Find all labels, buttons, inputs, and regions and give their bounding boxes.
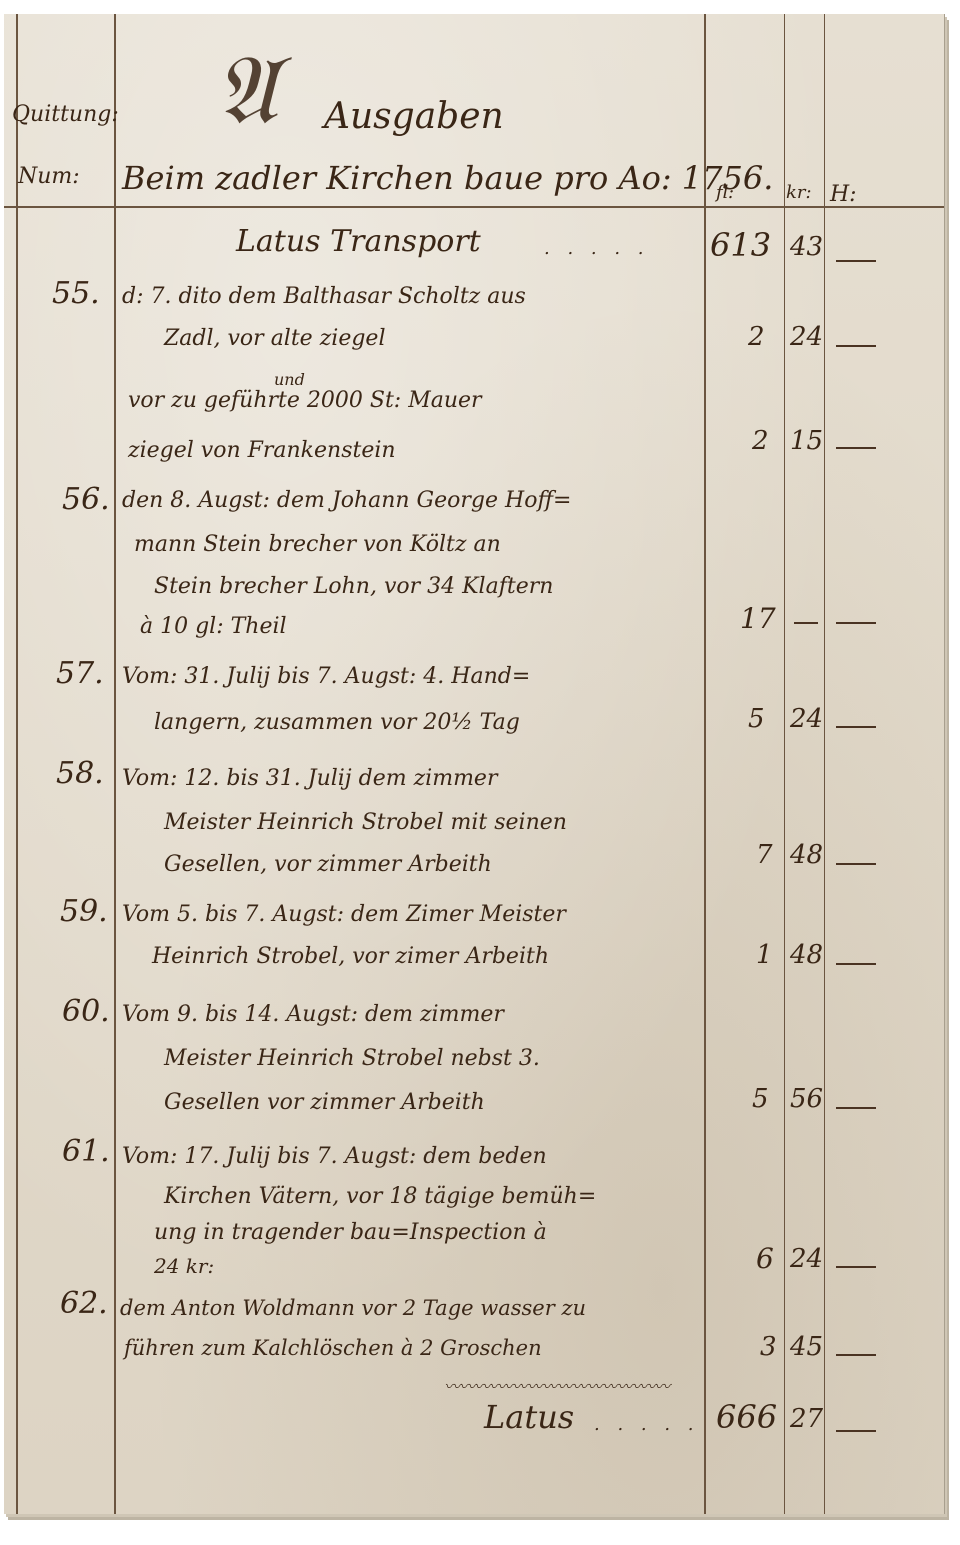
entry-heller-dash [836, 863, 876, 865]
receipt-label: Quittung: [12, 102, 119, 127]
entry-number: 55. [52, 276, 100, 311]
header-rule [4, 206, 944, 208]
total-florin: 666 [716, 1398, 777, 1436]
total-flourish: 〰〰〰〰〰〰〰〰〰〰〰〰〰〰〰 [444, 1374, 669, 1397]
entry-heller-dash [836, 1266, 876, 1268]
entry-text: Vom: 31. Julij bis 7. Augst: 4. Hand= [122, 664, 530, 689]
entry-text: Stein brecher Lohn, vor 34 Klaftern [154, 574, 553, 599]
entry-number: 57. [56, 656, 104, 691]
entry-text: Gesellen vor zimmer Arbeith [164, 1090, 485, 1115]
entry-text: langern, zusammen vor 20½ Tag [154, 710, 520, 735]
entry-kreuzer: 48 [790, 840, 823, 870]
entry-text: den 8. Augst: dem Johann George Hoff= [122, 488, 571, 513]
total-kreuzer: 27 [790, 1404, 823, 1434]
entry-text: Gesellen, vor zimmer Arbeith [164, 852, 492, 877]
entry-text: vor zu geführte 2000 St: Mauer [128, 388, 482, 413]
entry-text: Heinrich Strobel, vor zimer Arbeith [152, 944, 549, 969]
entry-heller-dash [836, 1354, 876, 1356]
col-header-heller: H: [830, 182, 857, 207]
entry-heller-dash [836, 622, 876, 624]
entry-kreuzer: 15 [790, 426, 823, 456]
entry-kreuzer: 24 [790, 1244, 823, 1274]
leader-dots: . . . . . [594, 1414, 700, 1435]
entry-kreuzer: 45 [790, 1332, 823, 1362]
entry-text: 24 kr: [154, 1254, 214, 1278]
entry-florin: 5 [748, 704, 765, 734]
heller-column-rule [824, 14, 825, 1514]
entry-florin: 17 [740, 602, 776, 635]
entry-text: Meister Heinrich Strobel mit seinen [164, 810, 567, 835]
carry-forward-label: Latus Transport [236, 224, 481, 259]
total-label: Latus [484, 1398, 574, 1436]
ledger-page: Quittung: Num: 𝔄 Ausgaben Beim zadler Ki… [4, 14, 945, 1514]
entry-text: Vom 5. bis 7. Augst: dem Zimer Meister [122, 902, 566, 927]
entry-heller-dash [836, 447, 876, 449]
entry-text: Zadl, vor alte ziegel [164, 326, 385, 351]
entry-number: 62. [60, 1286, 108, 1321]
entry-number: 60. [62, 994, 110, 1029]
entry-florin: 2 [752, 426, 769, 456]
entry-text: Vom 9. bis 14. Augst: dem zimmer [122, 1002, 504, 1027]
entry-text: d: 7. dito dem Balthasar Scholtz aus [122, 284, 526, 309]
entry-florin: 5 [752, 1084, 769, 1114]
entry-text: Vom: 17. Julij bis 7. Augst: dem beden [122, 1144, 547, 1169]
entry-kreuzer: 24 [790, 322, 823, 352]
decorative-initial: 𝔄 [214, 34, 278, 148]
entry-florin: 6 [756, 1242, 774, 1275]
entry-number: 56. [62, 482, 110, 517]
entry-florin: 1 [756, 940, 773, 970]
page-title: Ausgaben [324, 96, 504, 137]
entry-florin: 3 [760, 1332, 777, 1362]
carry-forward-kreuzer: 43 [790, 232, 823, 262]
entry-florin: 2 [748, 322, 765, 352]
entry-text: mann Stein brecher von Költz an [134, 532, 501, 557]
leader-dots: . . . . . [544, 238, 650, 259]
entry-text: dem Anton Woldmann vor 2 Tage wasser zu [120, 1296, 586, 1320]
margin-rule-left [16, 14, 18, 1514]
entry-text: Kirchen Vätern, vor 18 tägige bemüh= [164, 1184, 596, 1209]
col-header-florin: fl: [716, 182, 734, 203]
entry-kreuzer: 56 [790, 1084, 823, 1114]
entry-text: ung in tragender bau=Inspection à [154, 1220, 547, 1245]
entry-heller-dash [836, 963, 876, 965]
carry-forward-heller-dash [836, 260, 876, 262]
entry-text: führen zum Kalchlöschen à 2 Groschen [124, 1336, 542, 1360]
entry-number: 59. [60, 894, 108, 929]
entry-kreuzer: 48 [790, 940, 823, 970]
carry-forward-florin: 613 [710, 226, 771, 264]
entry-heller-dash [836, 726, 876, 728]
entry-text: und [274, 370, 305, 389]
page-subtitle: Beim zadler Kirchen baue pro Ao: 1756. [122, 159, 773, 197]
entry-text: Meister Heinrich Strobel nebst 3. [164, 1046, 540, 1071]
entry-florin: 7 [756, 840, 773, 870]
entry-text: ziegel von Frankenstein [128, 438, 396, 463]
total-heller-dash [836, 1430, 876, 1432]
number-label: Num: [18, 164, 80, 189]
entry-text: à 10 gl: Theil [140, 614, 287, 639]
col-header-kreuzer: kr: [786, 182, 812, 203]
receipt-column-rule [114, 14, 116, 1514]
entry-kreuzer-dash [794, 622, 818, 624]
entry-kreuzer: 24 [790, 704, 823, 734]
entry-heller-dash [836, 1107, 876, 1109]
entry-number: 61. [62, 1134, 110, 1169]
entry-text: Vom: 12. bis 31. Julij dem zimmer [122, 766, 497, 791]
kreuzer-column-rule [784, 14, 785, 1514]
entry-heller-dash [836, 345, 876, 347]
entry-number: 58. [56, 756, 104, 791]
amount-column-rule [704, 14, 706, 1514]
